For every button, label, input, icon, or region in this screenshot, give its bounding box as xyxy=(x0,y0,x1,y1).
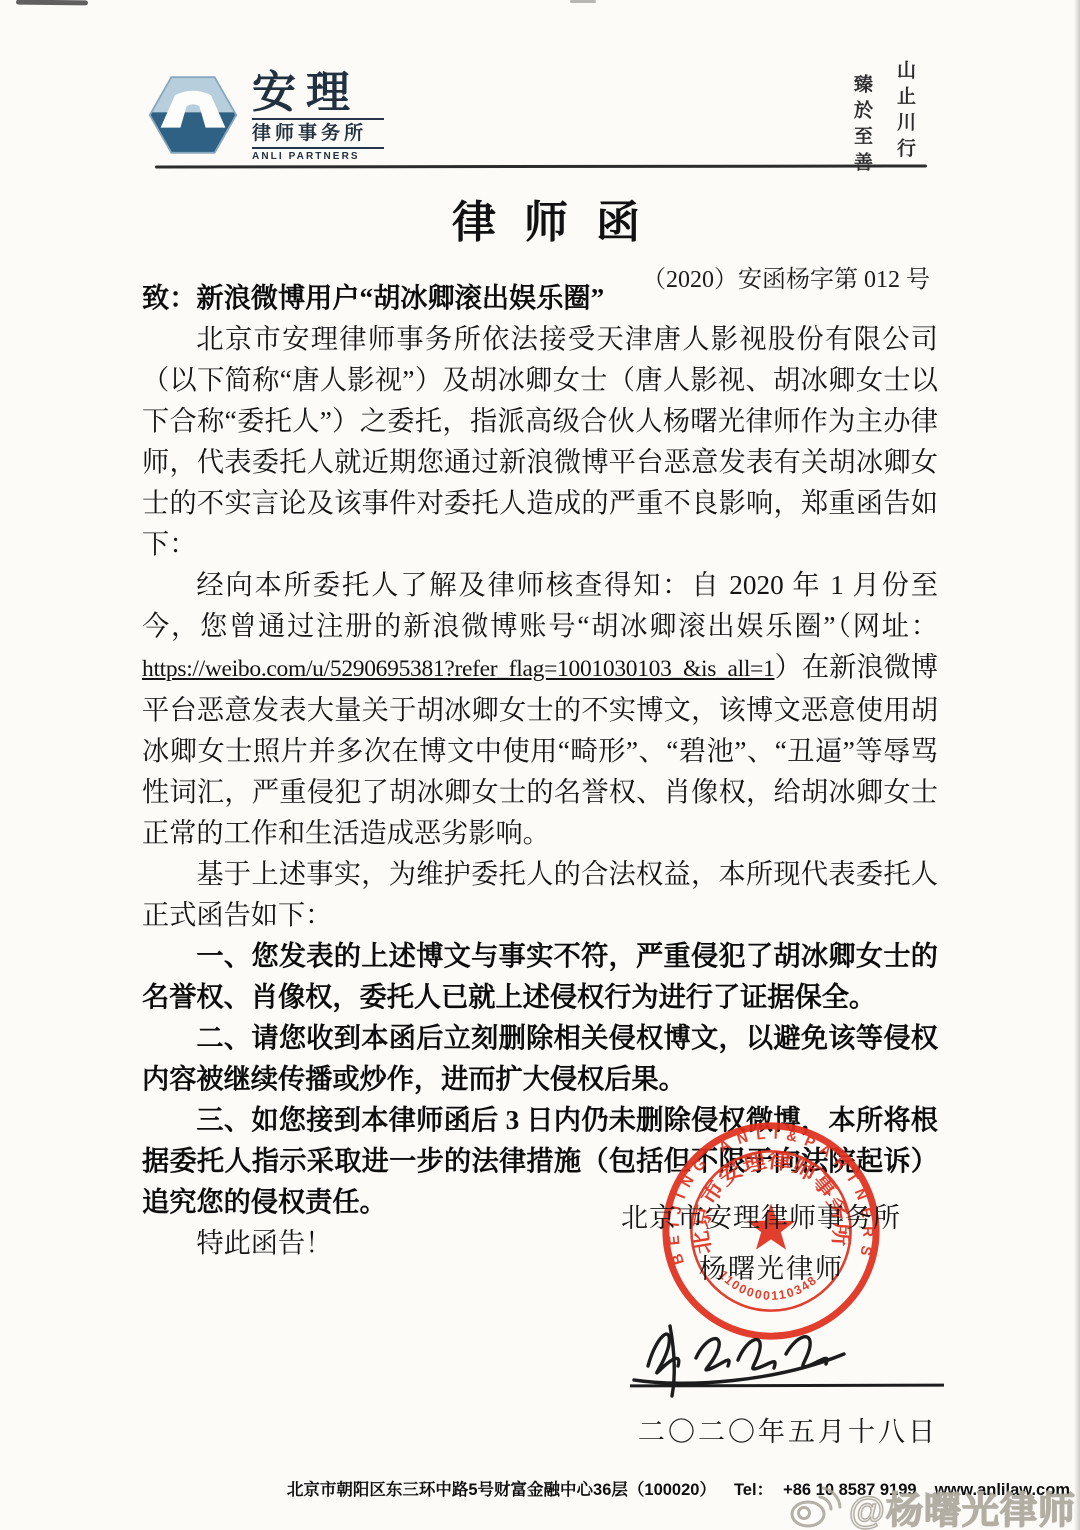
letter-date: 二〇二〇年五月十八日 xyxy=(638,1410,938,1449)
logo-name-en: ANLI PARTNERS xyxy=(252,151,384,162)
paragraph-facts: 经向本所委托人了解及律师核查得知：自 2020 年 1 月份至今，您曾通过注册的… xyxy=(142,565,938,854)
firm-logo: 安理 律师事务所 ANLI PARTNERS xyxy=(148,70,384,162)
signature-lawyer-name: 杨曙光律师 xyxy=(699,1247,844,1286)
letter-title: 律师函 xyxy=(0,186,1080,250)
logo-divider xyxy=(252,118,384,120)
letterhead-rule xyxy=(155,164,927,168)
footer-address: 北京市朝阳区东三环中路5号财富金融中心36层（100020） xyxy=(287,1476,716,1500)
weibo-watermark: @杨曙光律师 xyxy=(787,1480,1076,1530)
footer-tel-label: Tel： xyxy=(734,1476,773,1500)
calligraphy-motto: 臻於至善 山止川行 xyxy=(848,60,918,178)
logo-divider-2 xyxy=(252,147,384,149)
scan-artifact-top-left xyxy=(16,0,88,5)
letter-body: 致：新浪微博用户“胡冰卿滚出娱乐圈” 北京市安理律师事务所依法接受天津唐人影视股… xyxy=(142,278,938,1264)
motto-col-left: 臻於至善 xyxy=(848,74,875,178)
weibo-icon xyxy=(787,1483,845,1530)
signature-firm-name: 北京市安理律师事务所 xyxy=(621,1196,901,1235)
lawyer-signature-handwriting xyxy=(626,1308,876,1403)
logo-wordmark: 安理 律师事务所 ANLI PARTNERS xyxy=(252,70,384,162)
demand-item-2: 二、请您收到本函后立刻删除相关侵权博文，以避免该等侵权内容被继续传播或炒作，进而… xyxy=(142,1018,938,1100)
paragraph-basis: 基于上述事实，为维护委托人的合法权益，本所现代表委托人正式函告如下： xyxy=(142,854,938,936)
scanned-letter-page: 安理 律师事务所 ANLI PARTNERS 臻於至善 山止川行 律师函 （20… xyxy=(0,0,1080,1530)
logo-name-cn: 安理 xyxy=(252,70,384,116)
paragraph-intro: 北京市安理律师事务所依法接受天津唐人影视股份有限公司（以下简称“唐人影视”）及胡… xyxy=(142,319,938,565)
motto-col-right: 山止川行 xyxy=(891,60,918,178)
logo-name-sub: 律师事务所 xyxy=(252,123,384,144)
salutation: 致：新浪微博用户“胡冰卿滚出娱乐圈” xyxy=(142,278,938,319)
watermark-handle: @杨曙光律师 xyxy=(849,1480,1076,1530)
scan-artifact-top-center xyxy=(570,0,596,3)
weibo-url-text: https://weibo.com/u/5290695381?refer_fla… xyxy=(142,656,775,682)
demand-item-1: 一、您发表的上述博文与事实不符，严重侵犯了胡冰卿女士的名誉权、肖像权，委托人已就… xyxy=(142,936,938,1018)
logo-hexagon-icon xyxy=(148,70,238,160)
facts-text-before-url: 经向本所委托人了解及律师核查得知：自 2020 年 1 月份至今，您曾通过注册的… xyxy=(142,570,938,641)
